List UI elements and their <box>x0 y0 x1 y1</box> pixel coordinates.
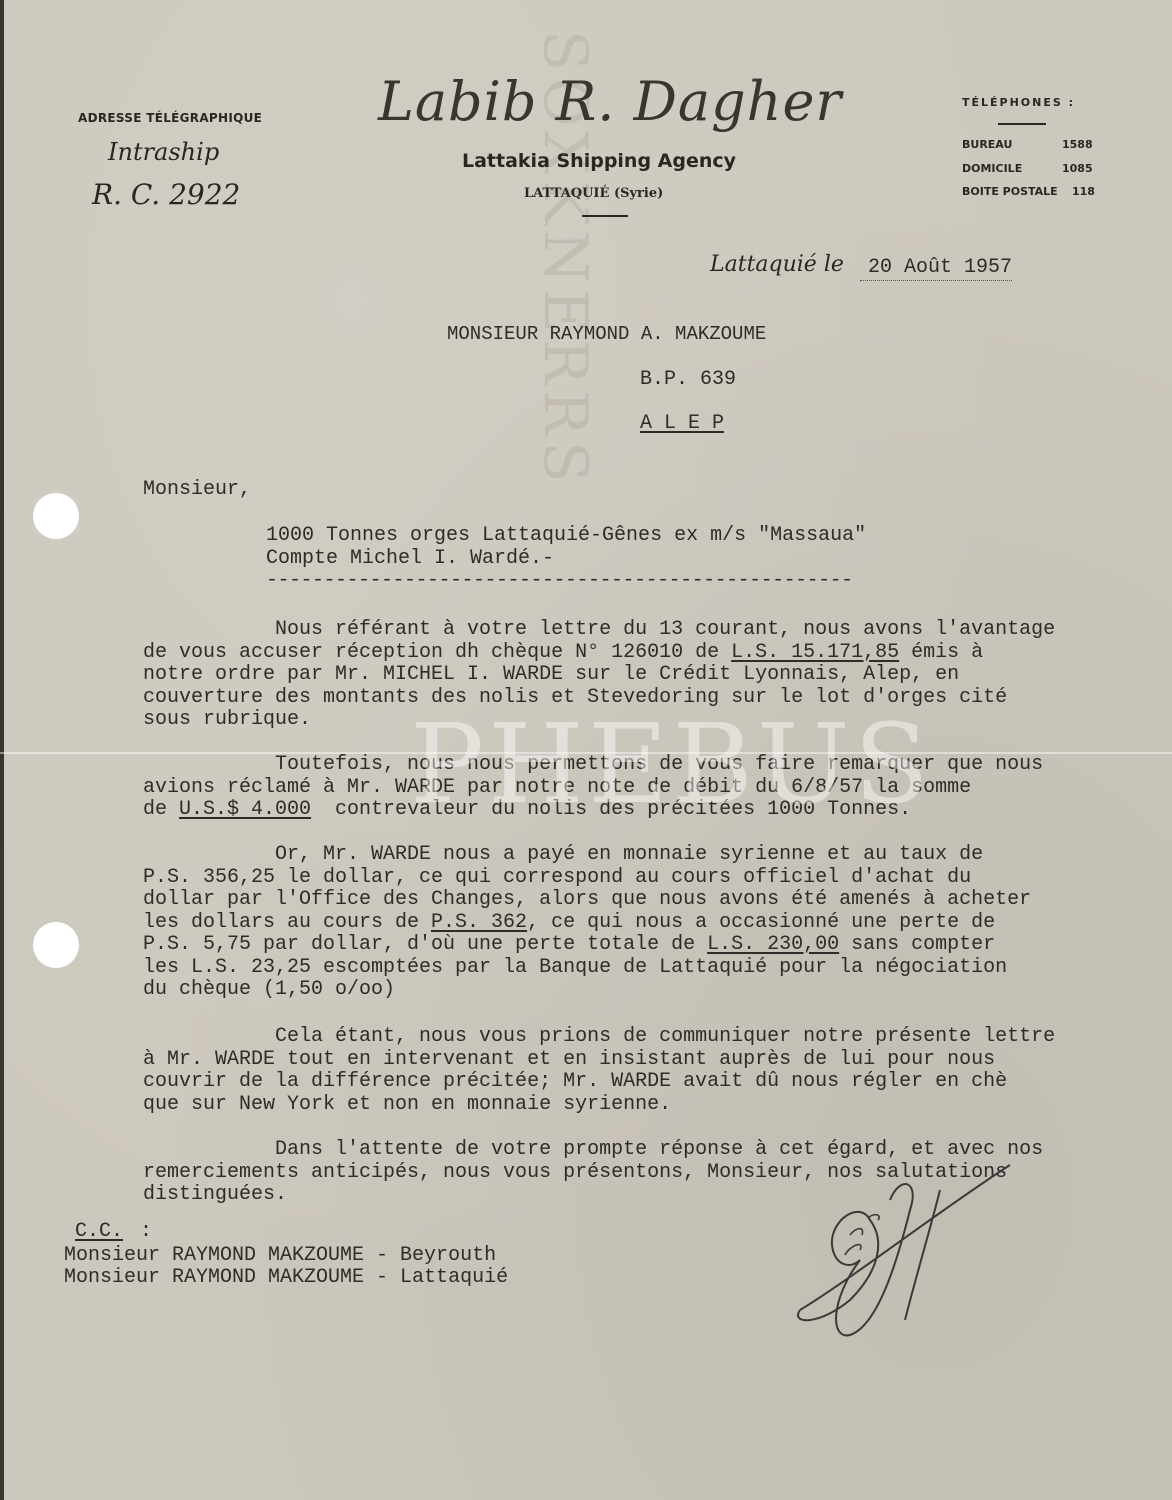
phone-domicile-label: DOMICILE <box>962 162 1022 175</box>
po-box-label: BOITE POSTALE <box>962 185 1058 198</box>
body-text: émis à <box>899 641 983 664</box>
body-line: Dans l'attente de votre prompte réponse … <box>143 1140 1043 1160</box>
body-text: Cela étant, nous vous prions de communiq… <box>143 1025 1055 1048</box>
body-line: de vous accuser réception dh chèque N° 1… <box>143 643 983 663</box>
body-line: Or, Mr. WARDE nous a payé en monnaie syr… <box>143 845 983 865</box>
underlined-amount: L.S. 230,00 <box>707 933 839 956</box>
body-text: , ce qui nous a occasionné une perte de <box>527 911 995 934</box>
phones-label: TÉLÉPHONES : <box>962 96 1075 109</box>
body-line: P.S. 5,75 par dollar, d'où une perte tot… <box>143 935 995 955</box>
body-line: Cela étant, nous vous prions de communiq… <box>143 1027 1055 1047</box>
body-text: du chèque (1,50 o/oo) <box>143 978 395 1001</box>
body-text: P.S. 356,25 le dollar, ce qui correspond… <box>143 866 971 889</box>
punch-hole-bottom <box>33 922 79 968</box>
salutation: Monsieur, <box>143 480 251 500</box>
phone-bureau-value: 1588 <box>1062 138 1093 151</box>
body-text: de vous accuser réception dh chèque N° 1… <box>143 641 731 664</box>
punch-hole-top <box>33 493 79 539</box>
cc-colon: : <box>128 1222 152 1242</box>
body-text: dollar par l'Office des Changes, alors q… <box>143 888 1031 911</box>
body-text: Nous référant à votre lettre du 13 coura… <box>143 618 1055 641</box>
body-text: à Mr. WARDE tout en intervenant et en in… <box>143 1048 995 1071</box>
body-line: Nous référant à votre lettre du 13 coura… <box>143 620 1055 640</box>
underlined-amount: U.S.$ 4.000 <box>179 798 311 821</box>
center-rule <box>582 215 628 217</box>
subject-line-1: 1000 Tonnes orges Lattaquié-Gênes ex m/s… <box>266 526 866 546</box>
subject-line-2: Compte Michel I. Wardé.- <box>266 549 554 569</box>
body-line: que sur New York et non en monnaie syrie… <box>143 1095 671 1115</box>
telegraph-label: ADRESSE TÉLÉGRAPHIQUE <box>78 111 262 125</box>
body-text: que sur New York et non en monnaie syrie… <box>143 1093 671 1116</box>
telegraph-value: Intraship <box>108 138 219 166</box>
body-text: les L.S. 23,25 escomptées par la Banque … <box>143 956 1007 979</box>
body-line: dollar par l'Office des Changes, alors q… <box>143 890 1031 910</box>
po-box-value: 118 <box>1072 185 1095 198</box>
body-text: sans compter <box>839 933 995 956</box>
body-text: notre ordre par Mr. MICHEL I. WARDE sur … <box>143 663 959 686</box>
rc-number: R. C. 2922 <box>92 178 240 211</box>
date-value: 20 Août 1957 <box>860 258 1012 281</box>
horizontal-watermark: PHEBUS <box>410 700 933 828</box>
body-line: sous rubrique. <box>143 710 311 730</box>
cc-recipient-1: Monsieur RAYMOND MAKZOUME - Beyrouth <box>64 1246 496 1266</box>
city-country: LATTAQUIÉ (Syrie) <box>524 186 663 201</box>
body-line: P.S. 356,25 le dollar, ce qui correspond… <box>143 868 971 888</box>
body-line: à Mr. WARDE tout en intervenant et en in… <box>143 1050 995 1070</box>
recipient-name: MONSIEUR RAYMOND A. MAKZOUME <box>447 324 766 344</box>
agency-name: Lattakia Shipping Agency <box>462 150 736 172</box>
body-text: P.S. 5,75 par dollar, d'où une perte tot… <box>143 933 707 956</box>
phone-domicile-value: 1085 <box>1062 162 1093 175</box>
body-text: Dans l'attente de votre prompte réponse … <box>143 1138 1043 1161</box>
recipient-city: A L E P <box>640 414 724 434</box>
body-line: couvrir de la différence précitée; Mr. W… <box>143 1072 1007 1092</box>
brand-name: Labib R. Dagher <box>378 70 842 133</box>
cc-recipient-2: Monsieur RAYMOND MAKZOUME - Lattaquié <box>64 1268 508 1288</box>
recipient-po-box: B.P. 639 <box>640 370 736 390</box>
body-text: sous rubrique. <box>143 708 311 731</box>
subject-rule: ----------------------------------------… <box>266 571 853 591</box>
underlined-amount: P.S. 362 <box>431 911 527 934</box>
cc-label: C.C. <box>75 1222 123 1242</box>
body-text: de <box>143 798 179 821</box>
underlined-amount: L.S. 15.171,85 <box>731 641 899 664</box>
body-text: Or, Mr. WARDE nous a payé en monnaie syr… <box>143 843 983 866</box>
signature <box>790 1160 1020 1350</box>
page-edge <box>0 0 4 1500</box>
body-text: couvrir de la différence précitée; Mr. W… <box>143 1070 1007 1093</box>
body-line: du chèque (1,50 o/oo) <box>143 980 395 1000</box>
body-text: les dollars au cours de <box>143 911 431 934</box>
phones-rule <box>998 123 1046 125</box>
body-line: distinguées. <box>143 1185 287 1205</box>
body-line: notre ordre par Mr. MICHEL I. WARDE sur … <box>143 665 959 685</box>
date-place: Lattaquié le <box>710 252 844 277</box>
body-line: les L.S. 23,25 escomptées par la Banque … <box>143 958 1007 978</box>
phone-bureau-label: BUREAU <box>962 138 1012 151</box>
body-text: distinguées. <box>143 1183 287 1206</box>
body-line: les dollars au cours de P.S. 362, ce qui… <box>143 913 995 933</box>
